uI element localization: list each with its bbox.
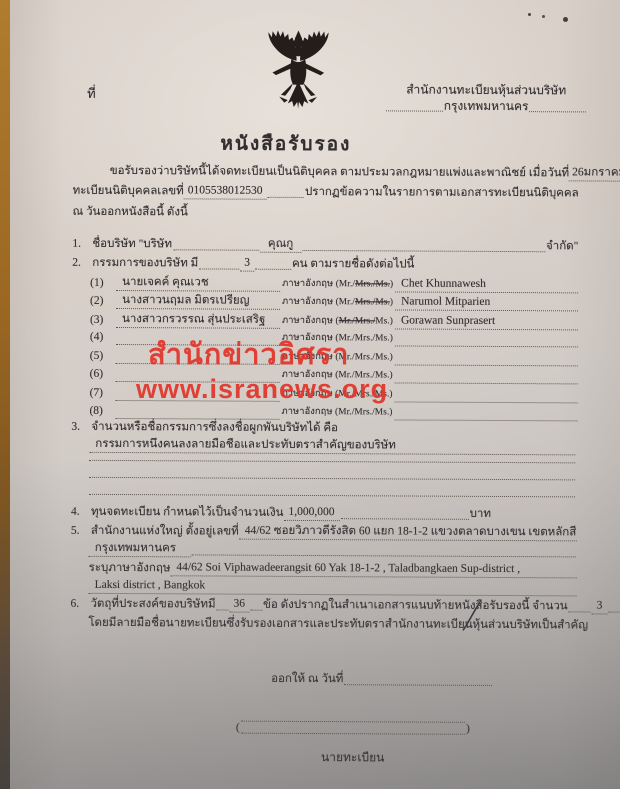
- intro-line2-text: ปรากฏข้อความในรายการตามเอกสารทะเบียนนิติ…: [305, 185, 579, 201]
- capital-amount: 1,000,000: [283, 505, 339, 521]
- director-row: (5) ภาษาอังกฤษ (Mr./Mrs./Ms.): [90, 349, 578, 367]
- item-number: 2.: [72, 256, 92, 271]
- garuda-emblem-icon: [254, 28, 342, 114]
- director-eng-name: [394, 419, 577, 421]
- director-row: (2) นางสาวนฤมล มิตรเปรียญ ภาษาอังกฤษ (Mr…: [90, 293, 578, 312]
- dotted-leader: [173, 249, 259, 250]
- director-index: (2): [90, 294, 116, 309]
- registration-number-label: ทะเบียนนิติบุคคลเลขที่: [73, 184, 184, 200]
- director-row: (6) ภาษาอังกฤษ (Mr./Mrs./Ms.): [90, 367, 578, 385]
- director-eng-name: [395, 345, 578, 347]
- dotted-leader: [344, 684, 492, 686]
- capital-row: 4. ทุนจดทะเบียน กำหนดไว้เป็นจำนวนเงิน 1,…: [71, 504, 491, 522]
- head-office-eng-row2: Laksi district , Bangkok: [89, 578, 577, 597]
- director-thai-name: [116, 400, 280, 402]
- head-office-address-thai: 44/62 ซอยวิภาวดีรังสิต 60 แยก 18-1-2 แขว…: [239, 524, 577, 542]
- director-index: (7): [90, 386, 116, 401]
- director-thai-name: นางสาวนฤมล มิตรเปรียญ: [116, 293, 280, 310]
- capital-unit: บาท: [470, 507, 491, 522]
- director-row: (1) นายเจคค์ คุณเวช ภาษาอังกฤษ (Mr./Mrs.…: [90, 275, 578, 294]
- directors-heading-row: 2. กรรมการของบริษัท มี 3 คน ตามรายชื่อดั…: [72, 255, 502, 273]
- signature-name-row: ( ): [236, 721, 470, 737]
- paren-open: (: [236, 721, 240, 736]
- director-index: (6): [90, 367, 116, 382]
- director-eng-name: Gorawan Sunprasert: [395, 313, 578, 330]
- director-row: (4) ภาษาอังกฤษ (Mr./Mrs./Ms.): [90, 330, 578, 348]
- registrar-title: นายทะเบียน: [241, 748, 465, 768]
- director-index: (5): [90, 349, 116, 364]
- english-label: ภาษาอังกฤษ (Mr./Mrs./Ms.): [281, 405, 392, 421]
- director-thai-name: [116, 344, 280, 346]
- page-title: หนังสือรับรอง: [186, 128, 386, 159]
- english-label: ภาษาอังกฤษ (Mr./Mrs./Ms.): [282, 277, 393, 293]
- registry-office-name: สำนักงานทะเบียนหุ้นส่วนบริษัท: [379, 80, 593, 100]
- item-number: 1.: [72, 237, 92, 252]
- dotted-leader: [250, 610, 262, 611]
- blank-form-line: [89, 478, 575, 498]
- item-number: 3.: [71, 420, 91, 435]
- dotted-leader: [302, 250, 545, 252]
- director-eng-name: Narumol Mitparien: [395, 294, 578, 311]
- paren-close: ): [466, 722, 470, 737]
- document-photo: ที่ สำนักงานทะเบียนหุ้นส่วนบริษัท: [0, 0, 620, 789]
- director-eng-name: Chet Khunnawesh: [395, 276, 578, 293]
- directors-label: กรรมการของบริษัท มี: [92, 256, 198, 272]
- intro-line1: ขอรับรองว่าบริษัทนี้ได้จดทะเบียนเป็นนิติ…: [73, 163, 620, 182]
- dotted-leader: [529, 111, 586, 112]
- english-label: ภาษาอังกฤษ (Mr./Mrs./Ms.): [282, 295, 393, 311]
- item-number: 6.: [70, 597, 90, 612]
- director-eng-name: [395, 364, 578, 366]
- dotted-leader: [569, 611, 591, 612]
- company-name-row: 1. ชื่อบริษัท "บริษัท คุณกู จำกัด": [72, 236, 578, 255]
- director-index: (3): [90, 313, 116, 328]
- registry-office-location: กรุงเทพมหานคร: [444, 99, 529, 114]
- dotted-leader: [340, 518, 468, 520]
- signing-authority-row: 3. จำนวนหรือชื่อกรรมการซึ่งลงชื่อผูกพันบ…: [71, 420, 338, 436]
- issue-date-row: ออกให้ ณ วันที่: [271, 672, 493, 688]
- director-index: (4): [90, 330, 116, 345]
- pen-check-mark: [460, 601, 482, 638]
- english-label: ภาษาอังกฤษ (Mr./Mrs./Ms.): [282, 331, 393, 347]
- registrar-certification-note: โดยมีลายมือชื่อนายทะเบียนซึ่งรับรองเอกสา…: [88, 614, 588, 635]
- dotted-leader: [386, 110, 443, 111]
- director-thai-name: นางสาวกรวรรณ สุ่นประเสริฐ: [116, 312, 280, 329]
- objectives-row: 6. วัตถุที่ประสงค์ของบริษัทมี 36 ข้อ ดัง…: [70, 596, 582, 615]
- dotted-leader: [255, 269, 291, 270]
- director-eng-name: [395, 401, 578, 403]
- head-office-city-row: กรุงเทพมหานคร: [89, 541, 577, 560]
- director-thai-name: [116, 363, 280, 365]
- english-label: ภาษาอังกฤษ (Mr./Mrs./Ms.): [282, 314, 393, 330]
- english-label: ภาษาอังกฤษ (Mr./Mrs./Ms.): [282, 368, 393, 384]
- head-office-city: กรุงเทพมหานคร: [89, 541, 191, 558]
- english-label: ภาษาอังกฤษ (Mr./Mrs./Ms.): [282, 387, 393, 403]
- director-thai-name: [116, 381, 280, 383]
- director-index: (1): [90, 276, 116, 291]
- objectives-count: 36: [230, 597, 250, 613]
- directors-count: 3: [240, 256, 254, 272]
- director-thai-name: นายเจคค์ คุณเวช: [116, 275, 280, 292]
- signing-authority-label: จำนวนหรือชื่อกรรมการซึ่งลงชื่อผูกพันบริษ…: [91, 420, 338, 436]
- item-number: 4.: [71, 505, 91, 520]
- intro-line2: ทะเบียนนิติบุคคลเลขที่ 0105538012530 ปรา…: [73, 183, 579, 202]
- head-office-address-eng2: Laksi district , Bangkok: [89, 578, 577, 597]
- director-row: (8) ภาษาอังกฤษ (Mr./Mrs./Ms.): [89, 404, 577, 422]
- eng-address-label: ระบุภาษาอังกฤษ: [89, 561, 171, 576]
- director-index: (8): [89, 404, 115, 419]
- registration-date: 26มกราคม2538: [569, 165, 620, 181]
- item-number: 5.: [71, 524, 91, 539]
- certificate-page: ที่ สำนักงานทะเบียนหุ้นส่วนบริษัท: [0, 0, 620, 789]
- intro-line3: ณ วันออกหนังสือนี้ ดังนี้: [72, 203, 187, 222]
- company-name-label: ชื่อบริษัท "บริษัท: [92, 237, 172, 252]
- dotted-leader: [241, 733, 465, 735]
- registration-number: 0105538012530: [184, 183, 267, 199]
- head-office-row: 5. สำนักงานแห่งใหญ่ ตั้งอยู่เลขที่ 44/62…: [71, 523, 577, 542]
- head-office-label: สำนักงานแห่งใหญ่ ตั้งอยู่เลขที่: [91, 524, 239, 540]
- english-label: ภาษาอังกฤษ (Mr./Mrs./Ms.): [282, 350, 393, 366]
- dotted-leader: [608, 612, 620, 613]
- company-name-value: คุณกู: [260, 237, 301, 253]
- sheet-count: 3: [592, 598, 608, 614]
- directors-label-suffix: คน ตามรายชื่อดังต่อไปนี้: [292, 257, 415, 273]
- doc-number-label: ที่: [87, 83, 96, 104]
- director-row: (7) ภาษาอังกฤษ (Mr./Mrs./Ms.): [90, 386, 578, 404]
- objectives-label2: ข้อ ดังปรากฏในสำเนาเอกสารแนบท้ายหนังสือร…: [263, 598, 568, 615]
- director-row: (3) นางสาวกรวรรณ สุ่นประเสริฐ ภาษาอังกฤษ…: [90, 312, 578, 331]
- head-office-eng-row: ระบุภาษาอังกฤษ 44/62 Soi Viphawadeerangs…: [89, 560, 577, 579]
- company-name-suffix: จำกัด": [546, 239, 578, 254]
- dotted-leader: [192, 554, 576, 557]
- objectives-label1: วัตถุที่ประสงค์ของบริษัทมี: [90, 597, 215, 613]
- dotted-leader: [267, 197, 304, 198]
- head-office-address-eng1: 44/62 Soi Viphawadeerangsit 60 Yak 18-1-…: [170, 560, 576, 578]
- dotted-leader: [199, 268, 239, 269]
- issue-date-label: ออกให้ ณ วันที่: [271, 672, 343, 687]
- intro-line1-text: ขอรับรองว่าบริษัทนี้ได้จดทะเบียนเป็นนิติ…: [110, 164, 569, 181]
- capital-label: ทุนจดทะเบียน กำหนดไว้เป็นจำนวนเงิน: [91, 505, 284, 521]
- director-eng-name: [395, 382, 578, 384]
- registry-office-location-row: กรุงเทพมหานคร: [385, 98, 587, 114]
- dotted-leader: [217, 610, 229, 611]
